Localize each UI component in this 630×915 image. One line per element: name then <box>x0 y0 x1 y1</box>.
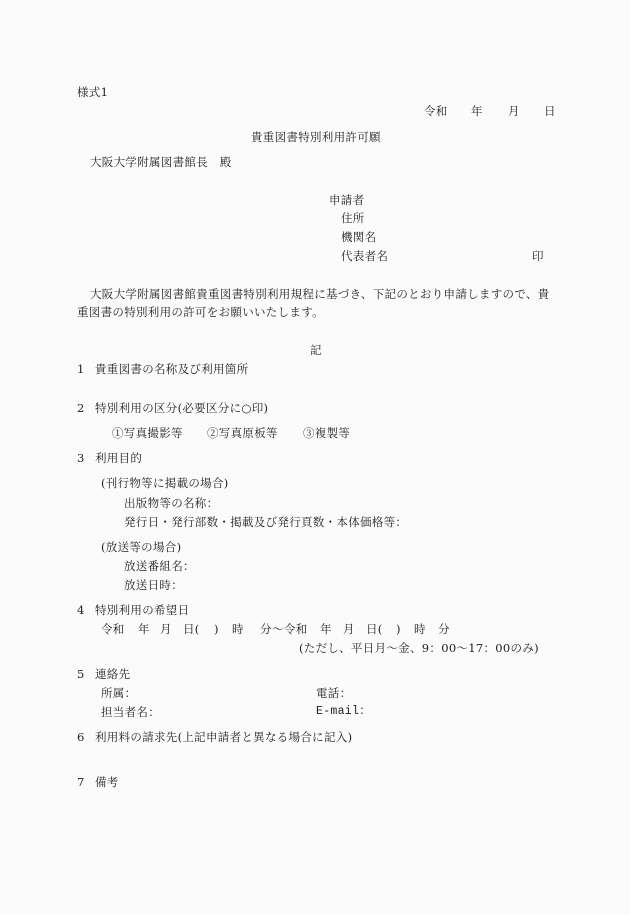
start-era: 令和 <box>101 622 125 636</box>
seal-mark: 印 <box>532 249 544 263</box>
addressee: 大阪大学附属図書館長 殿 <box>90 155 232 169</box>
address-label: 住所 <box>341 211 365 225</box>
end-month: 月 <box>343 622 355 636</box>
start-hour: 時 <box>232 622 244 636</box>
representative-label: 代表者名 <box>341 249 388 263</box>
section-number: 3 <box>77 451 85 465</box>
start-day-close: ) <box>214 622 219 636</box>
availability-note: (ただし、平日月〜金、9：00〜17：00のみ) <box>299 641 539 655</box>
request-text-line-1: 大阪大学附属図書館貴重図書特別利用規程に基づき、下記のとおり申請しますので、貴 <box>90 287 550 301</box>
end-day-close: ) <box>396 622 401 636</box>
end-hour: 時 <box>414 622 426 636</box>
section-title: 貴重図書の名称及び利用箇所 <box>95 362 248 376</box>
applicant-label: 申請者 <box>329 193 364 207</box>
form-number: 様式1 <box>77 85 108 99</box>
section-number: 7 <box>77 775 85 789</box>
organization-label: 機関名 <box>341 230 376 244</box>
publication-heading: (刊行物等に掲載の場合) <box>101 476 229 490</box>
start-day: 日( <box>183 622 200 636</box>
broadcast-datetime-label: 放送日時： <box>124 578 183 592</box>
start-minute: 分 <box>260 622 272 636</box>
request-text-line-2: 重図書の特別利用の許可をお願いいたします。 <box>77 305 324 319</box>
section-number: 1 <box>77 362 85 376</box>
section-title: 備考 <box>95 775 119 789</box>
start-month: 月 <box>160 622 172 636</box>
section-number: 2 <box>77 401 85 415</box>
section-number: 5 <box>77 667 85 681</box>
section-title: 特別利用の希望日 <box>95 603 189 617</box>
start-year: 年 <box>138 622 150 636</box>
date-era: 令和 <box>424 104 448 118</box>
ki-heading: 記 <box>310 343 322 357</box>
end-year: 年 <box>320 622 332 636</box>
end-minute: 分 <box>438 622 450 636</box>
date-year: 年 <box>471 104 483 118</box>
section-title: 利用料の請求先(上記申請者と異なる場合に記入) <box>95 730 352 744</box>
option-photography: ①写真撮影等 <box>112 426 183 440</box>
section-number: 4 <box>77 603 85 617</box>
affiliation-label: 所属： <box>101 686 136 700</box>
broadcast-heading: (放送等の場合) <box>101 540 181 554</box>
section-title: 連絡先 <box>95 667 130 681</box>
end-day: 日( <box>366 622 383 636</box>
document-title: 貴重図書特別利用許可願 <box>251 130 381 144</box>
publication-details-label: 発行日・発行部数・掲載及び発行頁数・本体価格等： <box>124 515 407 529</box>
date-day: 日 <box>544 104 556 118</box>
range-separator: 〜 <box>272 622 284 636</box>
option-reproduction: ③複製等 <box>303 426 350 440</box>
section-number: 6 <box>77 730 85 744</box>
date-month: 月 <box>508 104 520 118</box>
email-label: E-mail： <box>316 705 371 719</box>
contact-name-label: 担当者名： <box>101 705 160 719</box>
broadcast-program-label: 放送番組名： <box>124 559 195 573</box>
section-title: 特別利用の区分(必要区分に○印) <box>95 401 268 415</box>
end-era: 令和 <box>284 622 308 636</box>
section-title: 利用目的 <box>95 451 142 465</box>
publication-name-label: 出版物等の名称： <box>124 496 218 510</box>
phone-label: 電話： <box>316 686 351 700</box>
option-photo-plates: ②写真原板等 <box>207 426 278 440</box>
